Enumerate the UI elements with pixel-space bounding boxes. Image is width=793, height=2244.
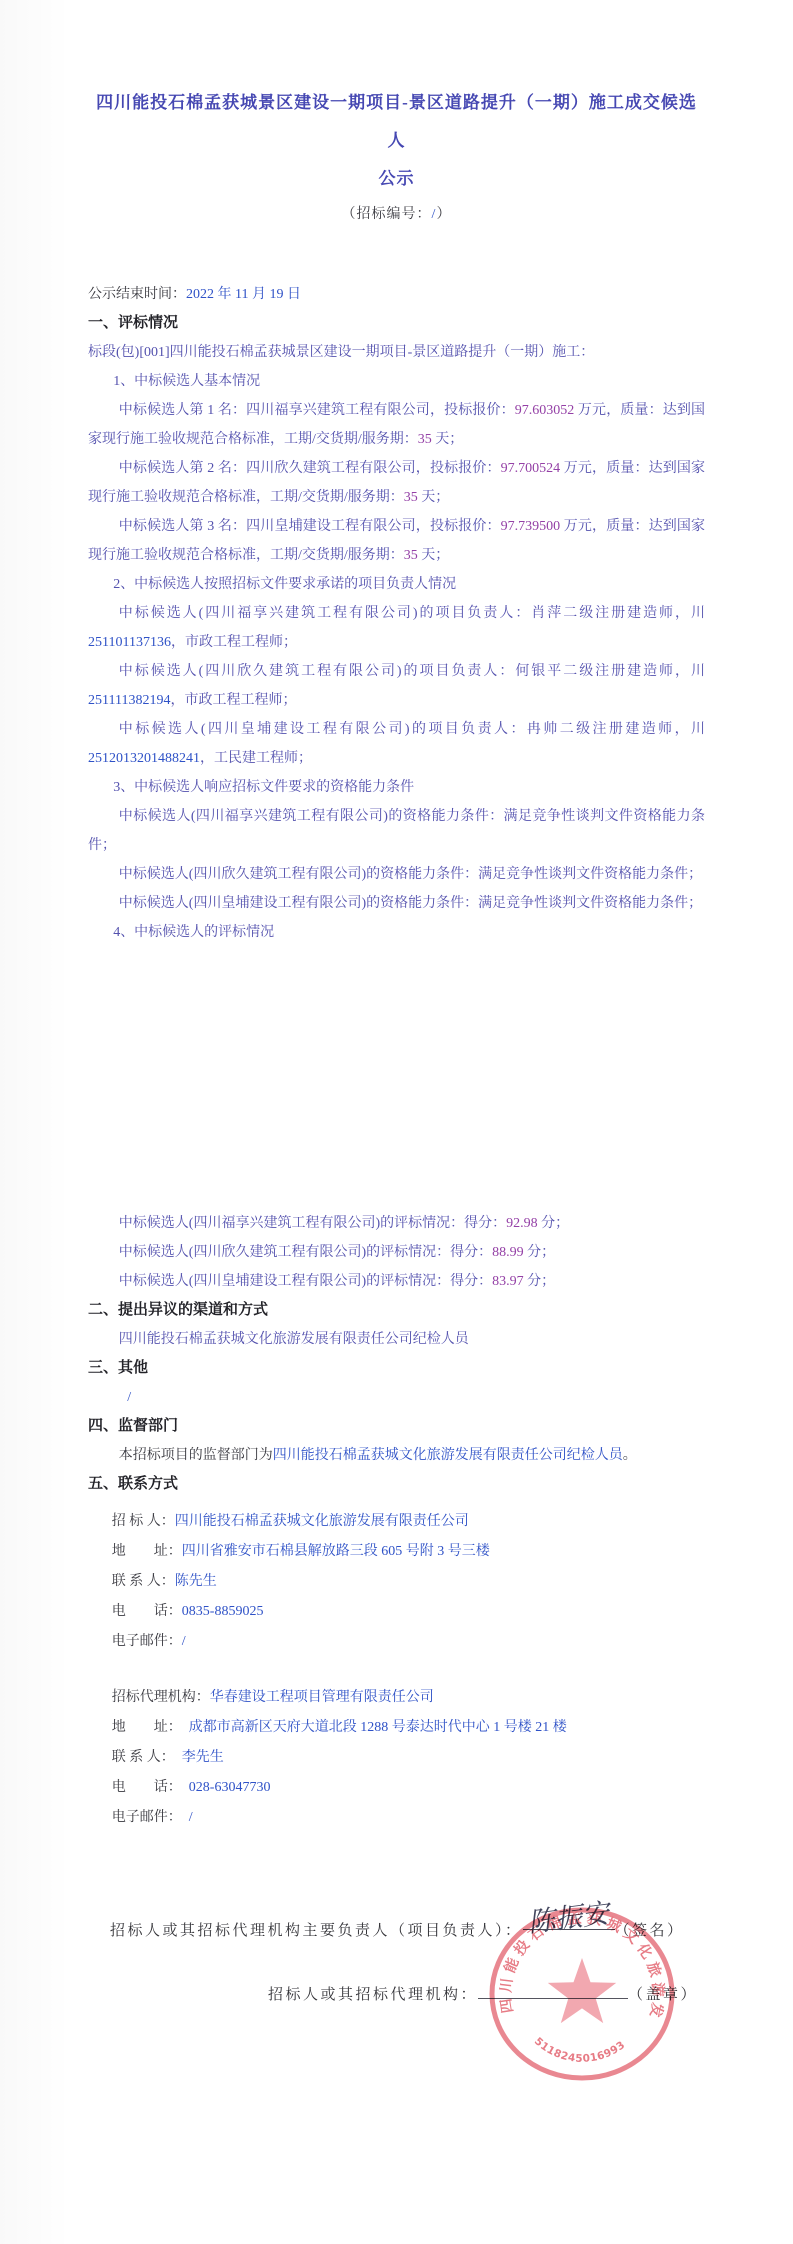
text-segment: 1、中标候选人基本情况 xyxy=(113,374,260,389)
text-segment: 地 址： xyxy=(112,1720,189,1735)
text-segment: 本招标项目的监督部门为 xyxy=(119,1448,273,1463)
paragraph: 中标候选人(四川皇埔建设工程有限公司)的项目负责人：冉帅二级注册建造师，川 25… xyxy=(88,715,705,773)
contact-row: 电子邮件：/ xyxy=(88,1627,705,1657)
text-segment: （招标编号： xyxy=(342,207,432,222)
paragraph: 中标候选人(四川福享兴建筑工程有限公司)的项目负责人：肖萍二级注册建造师，川 2… xyxy=(88,599,705,657)
sub-heading: 2、中标候选人按照招标文件要求承诺的项目负责人情况 xyxy=(88,570,705,599)
paragraph: 本招标项目的监督部门为四川能投石棉孟获城文化旅游发展有限责任公司纪检人员。 xyxy=(88,1441,705,1470)
text-segment: 电 话： xyxy=(112,1604,182,1619)
text-segment: 中标候选人(四川欣久建筑工程有限公司)的评标情况：得分： xyxy=(119,1245,492,1260)
text-segment: ，市政工程工程师； xyxy=(170,693,296,708)
vertical-gap xyxy=(88,947,705,1209)
sub-heading: 1、中标候选人基本情况 xyxy=(88,367,705,396)
text-segment: ，工民建工程师； xyxy=(200,751,312,766)
section-heading: 三、其他 xyxy=(88,1354,705,1383)
paragraph: 中标候选人(四川欣久建筑工程有限公司)的评标情况：得分：88.99 分； xyxy=(88,1238,705,1267)
text-segment: 中标候选人(四川福享兴建筑工程有限公司)的资格能力条件：满足竞争性谈判文件资格能… xyxy=(88,809,705,853)
text-segment: 招标代理机构： xyxy=(112,1690,210,1705)
notice-document: 四川能投石棉孟获城景区建设一期项目-景区道路提升（一期）施工成交候选人 公示 （… xyxy=(0,0,793,2244)
text-segment: 李先生 xyxy=(182,1750,224,1765)
text-segment: 招 标 人： xyxy=(112,1514,175,1529)
text-segment: 中标候选人第 1 名：四川福享兴建筑工程有限公司，投标报价： xyxy=(119,403,515,418)
contact-row: 招标代理机构：华春建设工程项目管理有限责任公司 xyxy=(88,1683,705,1713)
text-segment: 四川省雅安市石棉县解放路三段 605 号附 3 号三楼 xyxy=(182,1544,490,1559)
text-segment: 天； xyxy=(418,548,450,563)
contact-row: 电子邮件： / xyxy=(88,1803,705,1833)
paragraph: 四川能投石棉孟获城文化旅游发展有限责任公司纪检人员 xyxy=(88,1325,705,1354)
paragraph: 中标候选人第 2 名：四川欣久建筑工程有限公司，投标报价：97.700524 万… xyxy=(88,454,705,512)
text-segment: 中标候选人第 3 名：四川皇埔建设工程有限公司，投标报价： xyxy=(119,519,501,534)
section-heading: 一、评标情况 xyxy=(88,309,705,338)
paragraph: 中标候选人第 1 名：四川福享兴建筑工程有限公司，投标报价：97.603052 … xyxy=(88,396,705,454)
text-segment: 3、中标候选人响应招标文件要求的资格能力条件 xyxy=(113,780,414,795)
text-segment: 华春建设工程项目管理有限责任公司 xyxy=(210,1690,434,1705)
text-segment: 0835-8859025 xyxy=(182,1604,264,1619)
text-segment: 五、联系方式 xyxy=(88,1476,178,1492)
text-segment: 97.603052 xyxy=(515,403,575,418)
text-segment: 中标候选人(四川欣久建筑工程有限公司)的资格能力条件：满足竞争性谈判文件资格能力… xyxy=(119,867,702,882)
text-segment: / xyxy=(189,1810,193,1825)
text-segment: 92.98 xyxy=(506,1216,538,1231)
text-segment: 35 xyxy=(404,490,418,505)
text-segment: 35 xyxy=(404,548,418,563)
seal-star-icon xyxy=(548,1958,616,2023)
seal-code-text: 5118245016993 xyxy=(532,2035,627,2065)
text-segment: 四川能投石棉孟获城文化旅游发展有限责任公司纪检人员 xyxy=(119,1332,469,1347)
text-segment: 中标候选人(四川福享兴建筑工程有限公司)的评标情况：得分： xyxy=(119,1216,506,1231)
text-segment: 分； xyxy=(538,1216,570,1231)
text-segment: 中标候选人(四川皇埔建设工程有限公司)的评标情况：得分： xyxy=(119,1274,492,1289)
text-segment: 97.739500 xyxy=(501,519,561,534)
text-segment: 中标候选人(四川皇埔建设工程有限公司)的资格能力条件：满足竞争性谈判文件资格能力… xyxy=(119,896,702,911)
text-segment: 。 xyxy=(623,1448,637,1463)
text-segment: 88.99 xyxy=(492,1245,524,1260)
paragraph: 中标候选人(四川福享兴建筑工程有限公司)的资格能力条件：满足竞争性谈判文件资格能… xyxy=(88,802,705,860)
text-segment: / xyxy=(127,1390,131,1405)
sub-heading: 3、中标候选人响应招标文件要求的资格能力条件 xyxy=(88,773,705,802)
plain-line: / xyxy=(88,1383,705,1412)
text-segment: 97.700524 xyxy=(501,461,561,476)
contact-row: 联 系 人：陈先生 xyxy=(88,1567,705,1597)
text-segment: 2512013201488241 xyxy=(88,751,200,766)
text-segment: 028-63047730 xyxy=(189,1780,271,1795)
text-segment: 中标候选人(四川皇埔建设工程有限公司)的项目负责人：冉帅二级注册建造师，川 xyxy=(119,722,705,737)
doc-title-line1: 四川能投石棉孟获城景区建设一期项目-景区道路提升（一期）施工成交候选人 xyxy=(88,84,705,160)
sub-heading: 4、中标候选人的评标情况 xyxy=(88,918,705,947)
company-seal: 四川能投石棉孟获城文化旅游发展有限责任公司 5118245016993 xyxy=(486,1902,678,2086)
text-segment: 陈先生 xyxy=(175,1574,217,1589)
vertical-gap xyxy=(88,232,705,280)
text-segment: 4、中标候选人的评标情况 xyxy=(113,925,274,940)
text-segment: 成都市高新区天府大道北段 1288 号泰达时代中心 1 号楼 21 楼 xyxy=(189,1720,567,1735)
text-segment: ，市政工程工程师； xyxy=(171,635,297,650)
text-segment: 2022 年 11 月 19 日 xyxy=(186,287,301,302)
contact-row: 地 址： 成都市高新区天府大道北段 1288 号泰达时代中心 1 号楼 21 楼 xyxy=(88,1713,705,1743)
text-segment: 联 系 人： xyxy=(112,1750,182,1765)
text-segment: 公示结束时间： xyxy=(88,287,186,302)
text-segment: 中标候选人(四川福享兴建筑工程有限公司)的项目负责人：肖萍二级注册建造师，川 xyxy=(119,606,705,621)
paragraph: 标段(包)[001]四川能投石棉孟获城景区建设一期项目-景区道路提升（一期）施工… xyxy=(88,338,705,367)
text-segment: 中标候选人第 2 名：四川欣久建筑工程有限公司，投标报价： xyxy=(119,461,501,476)
text-segment: 电子邮件： xyxy=(112,1810,189,1825)
section-heading: 四、监督部门 xyxy=(88,1412,705,1441)
text-segment: 83.97 xyxy=(492,1274,524,1289)
signatory-label: 招标人或其招标代理机构主要负责人（项目负责人）： xyxy=(110,1923,523,1939)
paragraph: 中标候选人(四川欣久建筑工程有限公司)的项目负责人：何银平二级注册建造师，川 2… xyxy=(88,657,705,715)
doc-subtitle: （招标编号：/） xyxy=(88,198,705,232)
text-segment: 二、提出异议的渠道和方式 xyxy=(88,1302,268,1318)
text-segment: 电 话： xyxy=(112,1780,189,1795)
paragraph: 中标候选人(四川皇埔建设工程有限公司)的资格能力条件：满足竞争性谈判文件资格能力… xyxy=(88,889,705,918)
vertical-gap xyxy=(88,1657,705,1683)
text-segment: 四、监督部门 xyxy=(88,1418,178,1434)
text-segment: 一、评标情况 xyxy=(88,315,178,331)
text-segment: 251101137136 xyxy=(88,635,171,650)
contact-row: 电 话：0835-8859025 xyxy=(88,1597,705,1627)
paragraph: 中标候选人(四川福享兴建筑工程有限公司)的评标情况：得分：92.98 分； xyxy=(88,1209,705,1238)
text-segment: ） xyxy=(436,207,451,222)
text-segment: 天； xyxy=(418,490,450,505)
text-segment: 联 系 人： xyxy=(112,1574,175,1589)
text-segment: 35 xyxy=(418,432,432,447)
text-segment: 中标候选人(四川欣久建筑工程有限公司)的项目负责人：何银平二级注册建造师，川 xyxy=(119,664,705,679)
text-segment: 标段(包)[001]四川能投石棉孟获城景区建设一期项目-景区道路提升（一期）施工… xyxy=(88,345,594,360)
contact-row: 招 标 人：四川能投石棉孟获城文化旅游发展有限责任公司 xyxy=(88,1507,705,1537)
text-segment: 四川能投石棉孟获城文化旅游发展有限责任公司纪检人员 xyxy=(273,1448,623,1463)
text-segment: 地 址： xyxy=(112,1544,182,1559)
doc-title-line2: 公示 xyxy=(88,160,705,198)
text-segment: / xyxy=(182,1634,186,1649)
paragraph: 中标候选人第 3 名：四川皇埔建设工程有限公司，投标报价：97.739500 万… xyxy=(88,512,705,570)
paragraph: 中标候选人(四川欣久建筑工程有限公司)的资格能力条件：满足竞争性谈判文件资格能力… xyxy=(88,860,705,889)
text-segment: 251111382194 xyxy=(88,693,170,708)
text-segment: 2、中标候选人按照招标文件要求承诺的项目负责人情况 xyxy=(113,577,456,592)
stamp-label: 招标人或其招标代理机构： xyxy=(268,1987,478,2003)
text-segment: 天； xyxy=(432,432,464,447)
doc-body: （招标编号：/）公示结束时间：2022 年 11 月 19 日一、评标情况标段(… xyxy=(88,198,705,1833)
text-segment: 分； xyxy=(524,1274,556,1289)
section-heading: 二、提出异议的渠道和方式 xyxy=(88,1296,705,1325)
contact-row: 联 系 人： 李先生 xyxy=(88,1743,705,1773)
paragraph: 中标候选人(四川皇埔建设工程有限公司)的评标情况：得分：83.97 分； xyxy=(88,1267,705,1296)
meta-line: 公示结束时间：2022 年 11 月 19 日 xyxy=(88,280,705,309)
text-segment: 四川能投石棉孟获城文化旅游发展有限责任公司 xyxy=(175,1514,469,1529)
section-heading: 五、联系方式 xyxy=(88,1470,705,1499)
vertical-gap xyxy=(88,1499,705,1507)
contact-row: 地 址：四川省雅安市石棉县解放路三段 605 号附 3 号三楼 xyxy=(88,1537,705,1567)
text-segment: 电子邮件： xyxy=(112,1634,182,1649)
contact-row: 电 话： 028-63047730 xyxy=(88,1773,705,1803)
text-segment: 分； xyxy=(524,1245,556,1260)
text-segment: 三、其他 xyxy=(88,1360,148,1376)
